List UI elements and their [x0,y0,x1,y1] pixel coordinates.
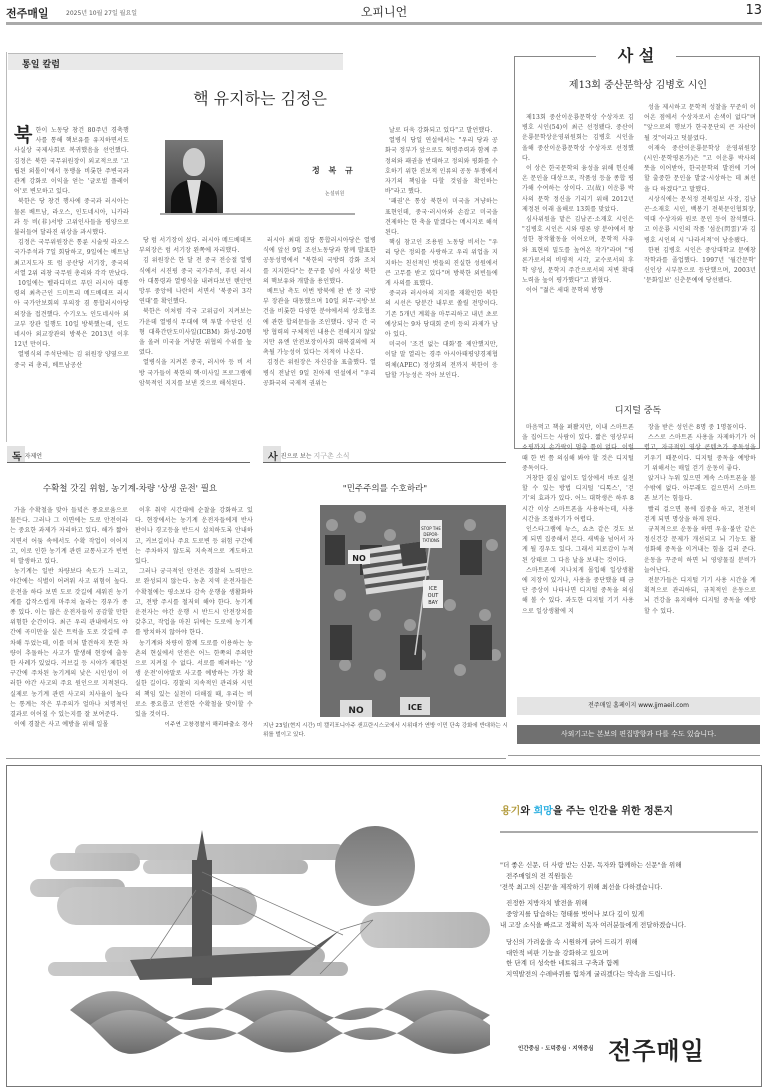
paragraph: 스마트폰에 지나치게 몰입해 일상생활에 지장이 있거나, 사용을 중단했을 때… [522,566,634,617]
article-title: 핵 유지하는 김정은 [150,86,370,109]
divider [6,758,506,759]
photo-caption: 지난 23일(현지 시간) 미 캘리포니아주 샌프란시스코에서 시위대가 연방 … [263,722,508,740]
section-rest: 자제언 [25,453,42,460]
reader-byline: 이주연 고창경찰서 해리파출소 경사 [135,720,253,730]
digital-col1: 마음먹고 책을 펴봤지만, 이내 스마트폰을 집어드는 사람이 있다. 짧은 영… [522,423,634,617]
paragraph: 장을 받은 성인은 8명 중 1명꼴이다. [644,423,756,433]
paragraph: 날로 더욱 강화되고 있다"고 발언했다. [385,126,498,136]
paragraph: 베트남 측도 이번 방북에 판 반 장 국방부 장관을 대동했으며 10일 외무… [263,287,376,358]
paragraph: 중국과 러시아의 지지를 재확인한 북한의 시선은 당분간 내부로 쏠릴 전망이… [385,289,498,340]
masthead-rule [6,22,762,25]
paragraph: 한편 김병호 시인은 중앙대학교 문예창작학과를 졸업했다. 1997년 '월간… [644,246,756,287]
paragraph: 당 럼 서기장이 섰다. 러시아 메드베데프 부의장은 럼 서기장 왼쪽에 자리… [139,236,252,256]
article-body-col3: 러시아 최대 집당 통합러시아당은 열병식에 앞선 9일 조선노동당과 함께 발… [263,236,376,389]
ad-line: "더 좋은 신문, 더 사랑 받는 신문, 독자와 함께하는 신문"을 위해 [500,860,760,871]
editorial-label: 사 설 [596,43,676,66]
section-grey: 지구촌 소식 [313,452,349,460]
section-initial: 독 [7,446,25,462]
paragraph: 스스로 스마트폰 사용을 자제하기가 어렵고, 자극적인 영상 콘텐츠가 중독성… [644,433,756,474]
section-rest: 진으로 보는 [281,453,314,460]
editorial-col2: 성을 제시하고 문학적 성찰을 꾸준히 이어온 점에서 수상자로서 손색이 없다… [644,103,756,287]
masthead: 전주매일 2025년 10월 27일 월요일 오피니언 13 [6,2,762,24]
article-body-col4: 날로 더욱 강화되고 있다"고 발언했다. 열병식 당일 연설에서는 "우리 당… [385,126,498,381]
divider [508,755,760,756]
paragraph: 제13회 중산이운룡문학상 수상자로 김병호 시인(54)이 최근 선정됐다. … [522,113,634,164]
ad-motto: 인간중심 · 도덕중심 · 지역중심 [518,1044,594,1052]
ad-line: 중앙지를 답습하는 형태를 벗어나 보다 깊이 있게 [500,909,760,920]
article-body-col2: 당 럼 서기장이 섰다. 러시아 메드베데프 부의장은 럼 서기장 왼쪽에 자리… [139,236,252,389]
author-name: 정 복 규 [312,165,356,176]
ship-illustration [10,800,490,1060]
photo-head [183,148,205,176]
ad-line: 내 고장 소식을 빠르고 정확히 독자 여러분들에게 전달하겠습니다. [500,920,760,931]
paragraph: 김정은 국무위원장은 통룬 시술릿 라오스 국가주석과 7일 회담하고, 9일에… [14,238,129,279]
paragraph: 거창한 결심 없이도 일상에서 바로 실천할 수 있는 방법 디지털 '디톡스'… [522,474,634,525]
reader-col1: 가을 수확철을 맞아 들녘은 풍요로움으로 물든다. 그러나 그 이면에는 도로… [10,506,128,730]
ad-line: 지역발전의 수레바퀴를 힘차게 굴리겠다는 약속을 드립니다. [500,969,760,980]
paragraph: 그러나 궁극적인 안전은 경찰의 노력만으로 완성되지 않는다. 농촌 지역 운… [135,567,253,638]
ad-line: 한 단계 더 성숙한 네트워크 구축과 함께 [500,958,760,969]
ad-slogan: 용기와 희망을 주는 인간을 위한 정론지 [501,802,673,817]
ad-body: "더 좋은 신문, 더 사랑 받는 신문, 독자와 함께하는 신문"을 위해 전… [500,860,760,980]
ad-line: '전북 최고의 신문'을 제작하기 위해 최선을 다하겠습니다. [500,882,760,893]
section-title: 오피니언 [6,3,762,20]
notice-banner: 사외기고는 본보의 편집방향과 다를 수도 있습니다. [517,725,760,744]
paragraph: 이후 취약 시간대에 순찰을 강화하고 있다. 현장에서는 농기계 운전자들에게… [135,506,253,567]
column-header: 통일 칼럼 [8,53,343,70]
ad-line: 진정한 지방자치 발전을 위해 [500,898,760,909]
digital-col2: 장을 받은 성인은 8명 중 1명꼴이다. 스스로 스마트폰 사용을 자제하기가… [644,423,756,617]
newspaper-logo: 전주매일 [608,1031,705,1066]
digital-title: 디지털 중독 [520,403,756,416]
paragraph: 미국이 '조건 없는 대화'를 제안했지만, 이달 말 열리는 경주 아시아태평… [385,340,498,381]
svg-text:DEPOR-: DEPOR- [423,532,439,537]
homepage-link[interactable]: 전주매일 홈페이지 www.jjmaeil.com [517,697,760,715]
paragraph: 인스타그램에 뉴스, 쇼츠 같은 것도 보게 되면 집중해서 본다. 새벽을 넘… [522,525,634,566]
paragraph: 성을 제시하고 문학적 성찰을 꾸준히 이어온 점에서 수상자로서 손색이 없다… [644,103,756,144]
editorial-col1: 제13회 중산이운룡문학상 수상자로 김병호 시인(54)이 최근 선정됐다. … [522,113,634,297]
paragraph: 북한은 당 창건 행사에 중국과 러시아는 물론 베트남, 라오스, 인도네시아… [14,197,129,238]
protest-photo: STOP THE DEPOR- TATIONS ICE OUT BAY NO I… [320,505,506,717]
photo-news-title: "민주주의를 수호하라" [265,482,505,494]
reader-section-header: 독자제언 [7,446,250,463]
ad-line: 대안적 비판 기능을 강화하고 있으며 [500,948,760,959]
paragraph: 북한은 이처럼 각국 고위급이 지켜보는 가운데 열병식 무대에 핵 투발 수단… [139,307,252,358]
paragraph: 빨리 걸으면 몸에 집중을 하고, 천천히 걷게 되면 명상을 하게 된다. [644,505,756,525]
article-body-col1: 북한이 노동당 창건 80주년 경축행사를 통해 핵보유를 유지하면서도 사실상… [14,126,129,371]
paragraph: 이 상은 한국문학의 융성을 위해 헌신해온 문인을 대상으로, 작품성 등을 … [522,164,634,215]
svg-text:OUT: OUT [428,593,440,599]
paragraph: 심사위원을 맡은 김남곤·소재호 시인은 "김병호 시인은 시와 평론 양 분야… [522,215,634,286]
slogan-courage: 용기 [501,806,520,817]
paragraph: 열병식을 지켜본 중국, 러시아 등 비 서방 국가들이 북한의 핵·미사일 프… [139,358,252,389]
paragraph: 가을 수확철을 맞아 들녘은 풍요로움으로 물든다. 그러나 그 이면에는 도로… [10,506,128,567]
paragraph: 농기계는 일반 차량보다 속도가 느리고, 야간에는 식별이 어려워 사고 위험… [10,567,128,720]
protest-crowd-illustration: STOP THE DEPOR- TATIONS ICE OUT BAY NO I… [320,505,506,717]
slogan-text: 와 [520,806,533,817]
ad-rule [500,831,758,833]
paragraph: 전문가들은 디지털 기기 사용 시간을 계획적으로 관리하되, 규칙적인 운동으… [644,576,756,617]
paragraph: 열병식 당일 연설에서는 "우리 당과 공화국 정부가 앞으로도 혁명주력과 함… [385,136,498,197]
paragraph: 마음먹고 책을 펴봤지만, 이내 스마트폰을 집어드는 사람이 있다. 짧은 영… [522,423,634,474]
slogan-hope: 희망 [533,806,552,817]
author-role: 논설위원 [325,190,344,197]
svg-text:BAY: BAY [428,600,438,606]
paragraph: 이에 경찰은 사고 예방을 위해 일몰 [10,720,128,730]
editorial-title: 제13회 중산문학상 김병호 시인 [520,76,756,91]
sign-text: STOP THE [421,526,441,531]
ad-brand: 인간중심 · 도덕중심 · 지역중심 전주매일 [518,1028,758,1068]
paragraph: 이재숙 중산이운룡문학상 운영위원장(시인·문학평론가)은 "고 이운룡 박사의… [644,144,756,195]
paragraph: '패권'은 통상 북한이 미국을 겨냥하는 표현인데, 중국·러시아와 손잡고 … [385,197,498,238]
paragraph: 10일에는 벨라디미르 푸틴 러시아 대통령의 최측근인 드미트리 메드베데프 … [14,279,129,350]
page-number: 13 [745,3,762,18]
paragraph: 시상식에는 문석정 전북일보 사장, 김남곤·소재호 시인, 백봉기 전북문인협… [644,195,756,246]
paragraph: 앉거나 누워 있으면 계속 스마트폰을 볼 수밖에 없다. 아무래도 걸으면서 … [644,474,756,505]
photo-news-header: 사진으로 보는 지구촌 소식 [263,446,506,463]
photo-rule [160,213,355,215]
svg-text:ICE: ICE [429,586,437,592]
paragraph: 농기계와 차량이 함께 도로를 이용하는 농촌의 현실에서 안전은 어느 한쪽의… [135,639,253,721]
paragraph: 규칙적으로 운동을 하면 우울·불안 같은 정신건강 문제가 개선되고 뇌 기능… [644,525,756,576]
ad-line: 전주매일의 전 직원들은 [500,871,760,882]
paragraph: 열병식의 주석단에는 김 위원장 양옆으로 중국 리 총리, 베트남공산 [14,350,129,370]
reader-article-title: 수확철 갓길 위험, 농기계-차량 '상생 운전' 필요 [10,482,250,494]
paragraph: 핵심 참고인 조용원 노동당 비서는 "우리 당은 정의를 사랑하고 우리 위업… [385,238,498,289]
section-initial: 사 [263,446,281,462]
svg-text:NO: NO [352,554,366,563]
author-photo [165,140,223,213]
paragraph: 이어 "젊은 세대 문학의 방향 [522,286,634,296]
column-label: 통일 칼럼 [22,57,60,70]
svg-text:NO: NO [348,706,364,716]
svg-text:ICE: ICE [408,703,422,712]
paragraph: 러시아 최대 집당 통합러시아당은 열병식에 앞선 9일 조선노동당과 함께 발… [263,236,376,287]
paragraph: 김 위원장은 한 달 전 중국 전승절 열병식에서 시진핑 중국 국가주석, 푸… [139,256,252,307]
paragraph: 김정은 위원장은 자신감을 표출했다. 열병식 전날인 9일 친아제 연설에서 … [263,358,376,389]
ad-line: 당신의 가려움을 속 시원하게 긁어 드리기 위해 [500,937,760,948]
reader-col2: 이후 취약 시간대에 순찰을 강화하고 있다. 현장에서는 농기계 운전자들에게… [135,506,253,730]
slogan-text: 을 주는 인간을 위한 정론지 [553,806,673,817]
dropcap: 북 [14,126,33,144]
svg-text:TATIONS: TATIONS [422,538,440,543]
